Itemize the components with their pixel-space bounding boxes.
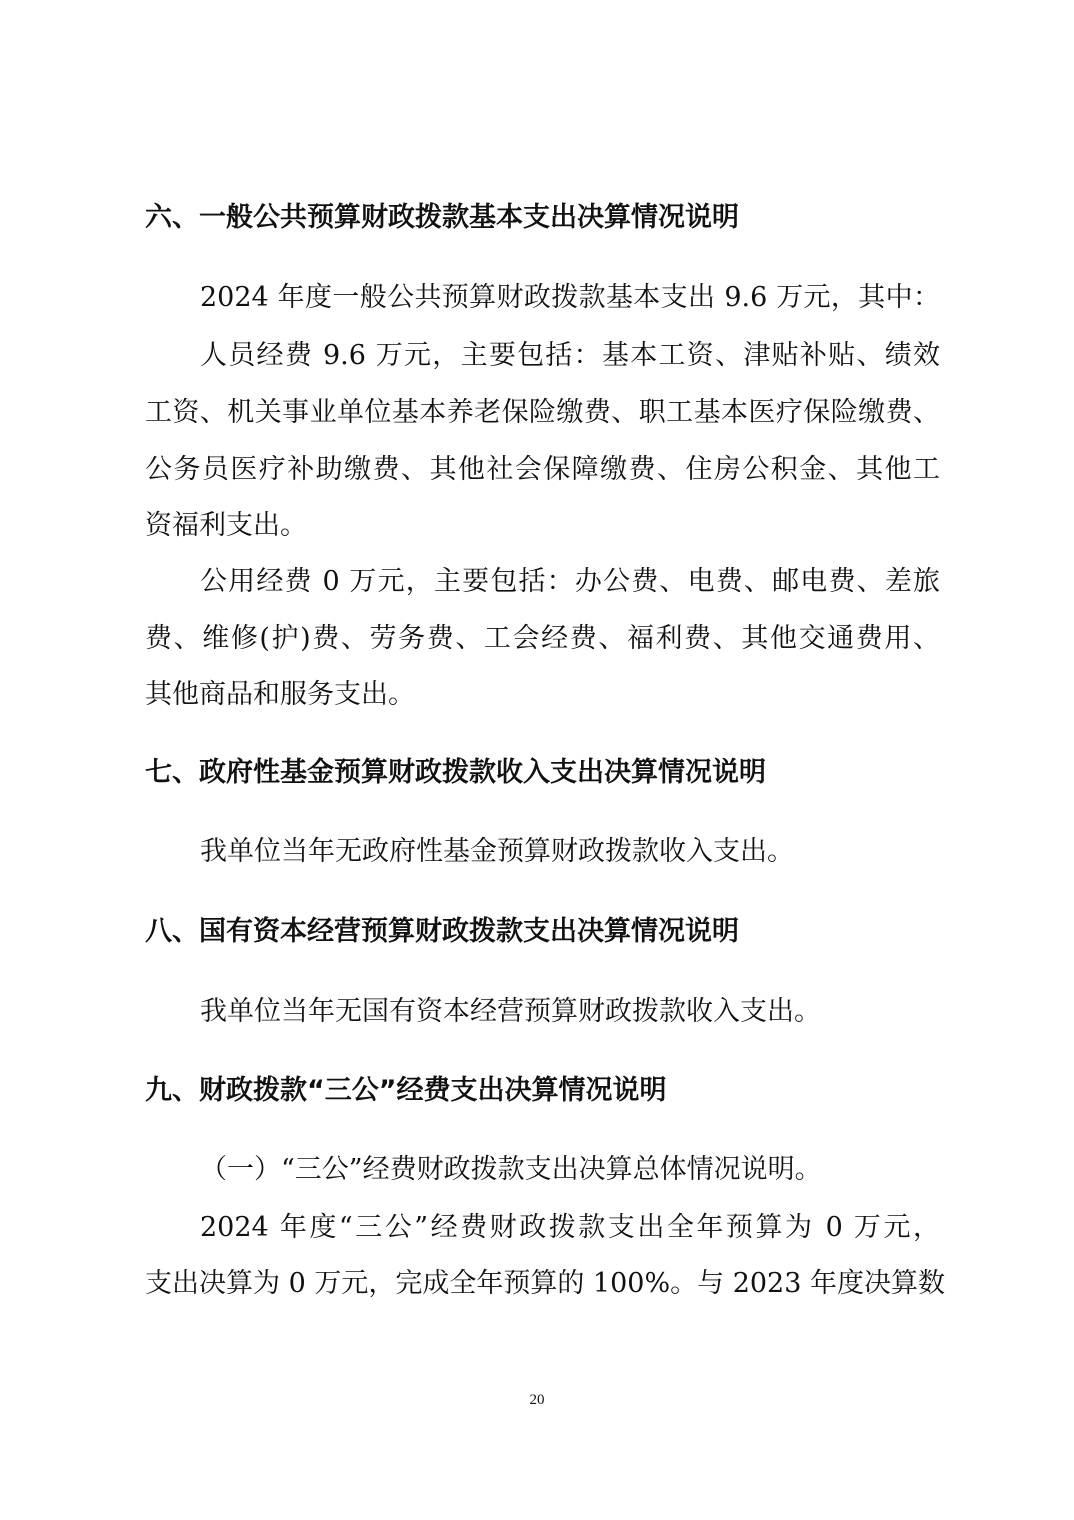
paragraph-line: 2024 年度一般公共预算财政拨款基本支出 9.6 万元，其中： (200, 278, 940, 318)
paragraph-line: 资福利支出。 (145, 506, 940, 546)
paragraph-line: 公务员医疗补助缴费、其他社会保障缴费、住房公积金、其他工 (145, 450, 940, 490)
paragraph-line: 我单位当年无政府性基金预算财政拨款收入支出。 (200, 832, 940, 872)
paragraph-line: 2024 年度“三公”经费财政拨款支出全年预算为 0 万元， (200, 1208, 940, 1248)
section-heading-6: 六、一般公共预算财政拨款基本支出决算情况说明 (145, 198, 940, 238)
page-number: 20 (0, 1390, 1074, 1410)
subsection-heading: （一）“三公”经费财政拨款支出决算总体情况说明。 (200, 1150, 995, 1190)
section-heading-7: 七、政府性基金预算财政拨款收入支出决算情况说明 (145, 753, 940, 793)
section-heading-8: 八、国有资本经营预算财政拨款支出决算情况说明 (145, 912, 940, 952)
paragraph-line: 人员经费 9.6 万元，主要包括：基本工资、津贴补贴、绩效 (200, 336, 940, 376)
section-heading-9: 九、财政拨款“三公”经费支出决算情况说明 (145, 1071, 940, 1111)
paragraph-line: 公用经费 0 万元，主要包括：办公费、电费、邮电费、差旅 (200, 562, 940, 602)
paragraph-line: 我单位当年无国有资本经营预算财政拨款收入支出。 (200, 992, 940, 1032)
paragraph-line: 其他商品和服务支出。 (145, 675, 940, 715)
paragraph-line: 支出决算为 0 万元，完成全年预算的 100%。与 2023 年度决算数 (145, 1264, 940, 1304)
document-page: 六、一般公共预算财政拨款基本支出决算情况说明 2024 年度一般公共预算财政拨款… (0, 0, 1074, 1520)
paragraph-line: 工资、机关事业单位基本养老保险缴费、职工基本医疗保险缴费、 (145, 393, 940, 433)
paragraph-line: 费、维修(护)费、劳务费、工会经费、福利费、其他交通费用、 (145, 619, 940, 659)
